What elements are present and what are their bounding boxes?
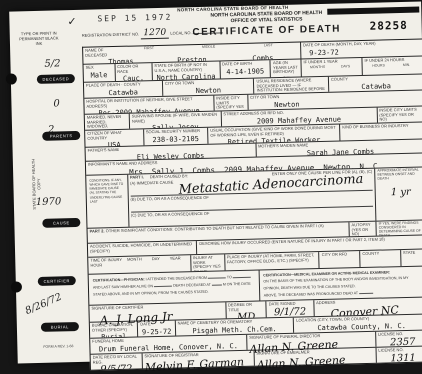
embalmer-license-value: 1311 (378, 352, 422, 363)
field-hospital: HOSPITAL OR INSTITUTION (IF NEITHER, GIV… (84, 96, 213, 114)
registration-district-label: REGISTRATION DISTRICT NO. (82, 31, 140, 37)
field-cemetery-location: LOCATION (CITY, TOWN, OR COUNTY) Catawba… (293, 314, 422, 332)
injury-state-value (403, 256, 422, 257)
field-injury-time: TIME OF INJURY MONTH DAY YEAR HOUR (88, 255, 190, 273)
burial-date-value: 9-25-72 (140, 327, 172, 336)
field-injury-place: PLACE OF INJURY (AT HOME, FARM, STREET, … (224, 252, 319, 270)
field-accident: ACCIDENT, SUICIDE, HOMICIDE, OR UNDETERM… (88, 241, 197, 257)
date-of-birth-label: DATE OF BIRTH (222, 60, 268, 67)
field-certifier-signature: SIGNATURE OF CERTIFIER A. J. Long Jr (89, 302, 225, 321)
part2-label: PART 2. (90, 228, 105, 233)
field-injury-county: COUNTY (359, 250, 400, 267)
name-first-label: FIRST (119, 45, 179, 57)
certificate-form: SEP 15 1972 REGISTRATION DISTRICT NO. 12… (81, 5, 422, 371)
citizen-label: CITIZEN OF WHAT COUNTRY (87, 129, 141, 140)
tab-parents: PARENTS (42, 131, 80, 140)
name-middle-label: MIDDLE (179, 44, 239, 56)
name-last-label: LAST (238, 43, 298, 55)
cause-a-interval: 1 yr (378, 186, 422, 198)
field-state-of-birth: STATE OF BIRTH (IF NOT IN U.S.A., NAME C… (151, 61, 219, 80)
death-certificate-document: NORTH CAROLINA STATE BOARD OF HEALTH ✓ T… (9, 2, 422, 364)
field-occupation: USUAL OCCUPATION (GIVE KIND OF WORK DONE… (207, 125, 340, 144)
burial-date-label: DATE (140, 321, 172, 327)
type-instruction-note: TYPE OR PRINT IN PERMANENT BLACK INK (16, 30, 62, 47)
injury-place-label: PLACE OF INJURY (AT HOME, FARM, STREET, … (227, 252, 317, 264)
field-spouse: SURVIVING SPOUSE (IF WIFE, GIVE MAIDEN N… (129, 111, 221, 128)
degree-value: MD (228, 312, 264, 319)
cause-c-label: (c) DUE TO, OR AS A CONSEQUENCE OF (131, 210, 210, 218)
autopsy-label: AUTOPSY (YES OR NO) (351, 222, 373, 237)
field-embalmer-signature: SIGNATURE OF EMBALMER Allan N. Greene (253, 348, 375, 366)
field-certifier-address: ADDRESS Conover NC (313, 297, 422, 316)
cert-physician-t4: DEATH (173, 284, 185, 288)
cert-blank-1 (208, 273, 226, 278)
fd-license-value: 2357 (378, 336, 422, 347)
cert-physician-title: CERTIFICATION—PHYSICIAN: (93, 277, 145, 282)
field-autopsy-findings: IF YES, WERE FINDINGS CONSIDERED IN DETE… (376, 220, 422, 235)
cert-blank-2 (233, 273, 251, 278)
cause-side-note-text: CONDITIONS, IF ANY, WHICH GAVE RISE TO I… (88, 175, 125, 207)
cert-physician-t1: I ATTENDED THE DECEASED FROM (146, 276, 207, 281)
accident-label: ACCIDENT, SUICIDE, HOMICIDE, OR UNDETERM… (90, 241, 195, 254)
age-under24-hours-label: HOURS (364, 63, 392, 68)
inside-city-death-label: INSIDE CITY LIMITS (SPECIFY YES OR NO) (216, 95, 245, 111)
pen-checkmark: ✓ (67, 15, 77, 28)
field-death-county: PLACE OF DEATH · COUNTY Catawba (84, 81, 162, 98)
injury-state-label: STATE (403, 249, 422, 255)
age-under1-days-label: DAYS (332, 64, 360, 69)
industry-label: KIND OF BUSINESS OR INDUSTRY (342, 123, 422, 131)
state-of-birth-label: STATE OF BIRTH (IF NOT IN U.S.A., NAME C… (154, 62, 217, 74)
death-city-value: Newton (165, 85, 252, 95)
place-of-death-label: PLACE OF DEATH (86, 82, 120, 88)
field-injury-state: STATE (400, 249, 422, 266)
field-injury-at-work: INJURY AT WORK (SPECIFY YES OR NO) (190, 254, 224, 271)
field-fd-license: LICENSE NO. 2357 (375, 330, 422, 346)
date-of-death-value: 9-23-72 (303, 46, 420, 57)
date-received-value: 9/5/72 (93, 364, 140, 370)
scanned-photo-background: NORTH CAROLINA STATE BOARD OF HEALTH ✓ T… (0, 0, 422, 374)
field-inside-city-death: INSIDE CITY LIMITS (SPECIFY YES OR NO) y… (213, 95, 247, 111)
cert-blank-3 (154, 282, 172, 287)
injury-city-label: CITY OR RFD (322, 251, 358, 257)
death-county-label: COUNTY (124, 81, 141, 86)
field-embalmer-license: LICENSE NO. 1311 (375, 346, 422, 362)
age-under1-months-label: MONTHS (304, 64, 332, 69)
age-label: AGE (IN YEARS LAST BIRTHDAY) (273, 60, 299, 75)
injury-county-value (362, 257, 398, 258)
cert-blank-4 (212, 281, 222, 286)
field-residence-county: COUNTY Catawba (328, 74, 422, 91)
field-sex: SEX Male (84, 64, 115, 82)
sex-label: SEX (86, 64, 113, 70)
pen-mark-date: 8/26/72 (24, 292, 64, 317)
field-autopsy: AUTOPSY (YES OR NO) (348, 222, 375, 237)
certification-examiner-box: CERTIFICATION—MEDICAL EXAMINER OR ACTING… (258, 266, 422, 300)
field-marital: MARRIED, NEVER MARRIED, WIDOWED, DIVORCE… (85, 114, 129, 130)
form-revision-note: FORM A REV. 1-68 (43, 344, 73, 349)
burial-label: BURIAL, CREMATION, OTHER (SPECIFY) (92, 322, 136, 333)
field-inside-city-res: INSIDE CITY LIMITS (SPECIFY YES OR NO) y… (376, 106, 422, 122)
tab-deceased: DECEASED (37, 74, 75, 83)
hole-punch-bottom (11, 281, 22, 292)
race-value: Cauc. (117, 74, 149, 81)
field-date-of-birth: DATE OF BIRTH 4-14-1905 (219, 60, 270, 78)
field-age: AGE (IN YEARS LAST BIRTHDAY) 67 (270, 59, 301, 77)
cert-physician-t3: AND LAST SAW HIM/HER ALIVE ON (93, 285, 153, 290)
injury-city-value (322, 258, 358, 259)
pen-mark-1: 5/2 (44, 58, 60, 69)
registration-district-value: 1270 (140, 28, 169, 40)
field-race: COLOR OR RACE Cauc. (114, 63, 152, 81)
field-ssn: SOCIAL SECURITY NUMBER 238-03-2105 (143, 128, 208, 146)
field-citizen: CITIZEN OF WHAT COUNTRY USA (85, 129, 143, 146)
row-cause-part1: CONDITIONS, IF ANY, WHICH GAVE RISE TO I… (86, 166, 422, 227)
cert-physician-t2: TO (227, 275, 232, 279)
pen-mark-2: 0 (53, 98, 60, 109)
race-label: COLOR OR RACE (117, 63, 150, 74)
field-degree: DEGREE OR TITLE MD (225, 301, 266, 318)
field-residence-state: USUAL RESIDENCE (WHERE DECEASED LIVED — … (253, 77, 328, 94)
field-funeral-director-signature: SIGNATURE OF FUNERAL DIRECTOR Allan N. G… (246, 332, 375, 350)
tab-cause: CAUSE (42, 218, 80, 227)
field-date-signed: DATE SIGNED 9/1/72 (266, 300, 314, 317)
form-grid: NAME OF DECEASED FIRST MIDDLE LAST Thoma… (82, 38, 422, 370)
cause-side-note: CONDITIONS, IF ANY, WHICH GAVE RISE TO I… (86, 175, 128, 228)
field-burial: BURIAL, CREMATION, OTHER (SPECIFY) Buria… (90, 322, 138, 338)
injury-county-label: COUNTY (362, 250, 398, 256)
field-age-under-1-year: IF UNDER 1 YEAR MONTHS DAYS (300, 58, 361, 76)
death-county-value: Catawba (86, 88, 160, 98)
cert-physician-t5: DECEASED AT (186, 283, 211, 288)
field-death-city: CITY OR TOWN Newton (162, 79, 254, 96)
interval-header: APPROXIMATE INTERVAL BETWEEN ONSET AND D… (377, 168, 422, 182)
date-signed-value: 9/1/72 (269, 306, 312, 318)
res-county-value: Catawba (331, 81, 421, 91)
field-registrar-signature: SIGNATURE OF REGISTRAR Melvin F. Garman (141, 351, 253, 369)
inside-city-res-label: INSIDE CITY LIMITS (SPECIFY YES OR NO) (379, 107, 422, 123)
cert-examiner-t2: ABOVE, THE DECEASED WAS PRONOUNCED DEAD … (264, 292, 358, 298)
certification-physician-box: CERTIFICATION—PHYSICIAN: I ATTENDED THE … (89, 271, 259, 305)
date-of-birth-value: 4-14-1905 (222, 67, 268, 76)
field-burial-date: DATE 9-25-72 (137, 321, 175, 337)
age-under24-min-label: MIN. (393, 62, 421, 67)
cause-interval-column: APPROXIMATE INTERVAL BETWEEN ONSET AND D… (374, 167, 422, 220)
sex-value: Male (86, 71, 113, 80)
cert-examiner-t1: ON THE BASIS OF THE EXAMINATION OF THE B… (263, 276, 408, 290)
copy-designation-note: STATE BOARD OF HEALTH COPY (30, 153, 42, 215)
tab-burial: BURIAL (41, 322, 79, 331)
field-injury-city: CITY OR RFD (319, 251, 360, 268)
findings-label: IF YES, WERE FINDINGS CONSIDERED IN DETE… (379, 220, 422, 235)
spouse-label: SURVIVING SPOUSE (IF WIFE, GIVE MAIDEN N… (132, 111, 219, 123)
field-industry: KIND OF BUSINESS OR INDUSTRY (339, 122, 422, 140)
received-date-stamp: SEP 15 1972 (97, 13, 172, 24)
at-work-label: INJURY AT WORK (SPECIFY YES OR NO) (193, 254, 222, 271)
agency-header: NORTH CAROLINA STATE BOARD OF HEALTH OFF… (177, 9, 356, 38)
certificate-number: 28258 (369, 19, 407, 33)
cause-a-label: (a) IMMEDIATE CAUSE (130, 179, 178, 186)
field-name-label: NAME OF DECEASED (85, 47, 119, 58)
marital-label: MARRIED, NEVER MARRIED, WIDOWED, DIVORCE… (87, 114, 128, 130)
cause-main: PART I. DEATH CAUSED BY: ENTER ONLY ONE … (127, 169, 376, 227)
field-date-received: DATE REC'D BY LOCAL REG. 9/5/72 (91, 353, 142, 369)
field-age-under-24-hours: IF UNDER 24 HOURS HOURS MIN. (361, 56, 422, 74)
field-date-of-death: DATE OF DEATH (MONTH, DAY, YEAR) 9-23-72 (300, 39, 422, 58)
tab-certifier: CERTIFIER (38, 276, 76, 285)
hole-punch-top (6, 73, 17, 84)
field-cemetery: NAME OF CEMETERY OR CREMATORY Pisgah Met… (175, 318, 294, 336)
ssn-value: 238-03-2105 (146, 134, 206, 143)
cert-blank-5 (359, 289, 373, 294)
